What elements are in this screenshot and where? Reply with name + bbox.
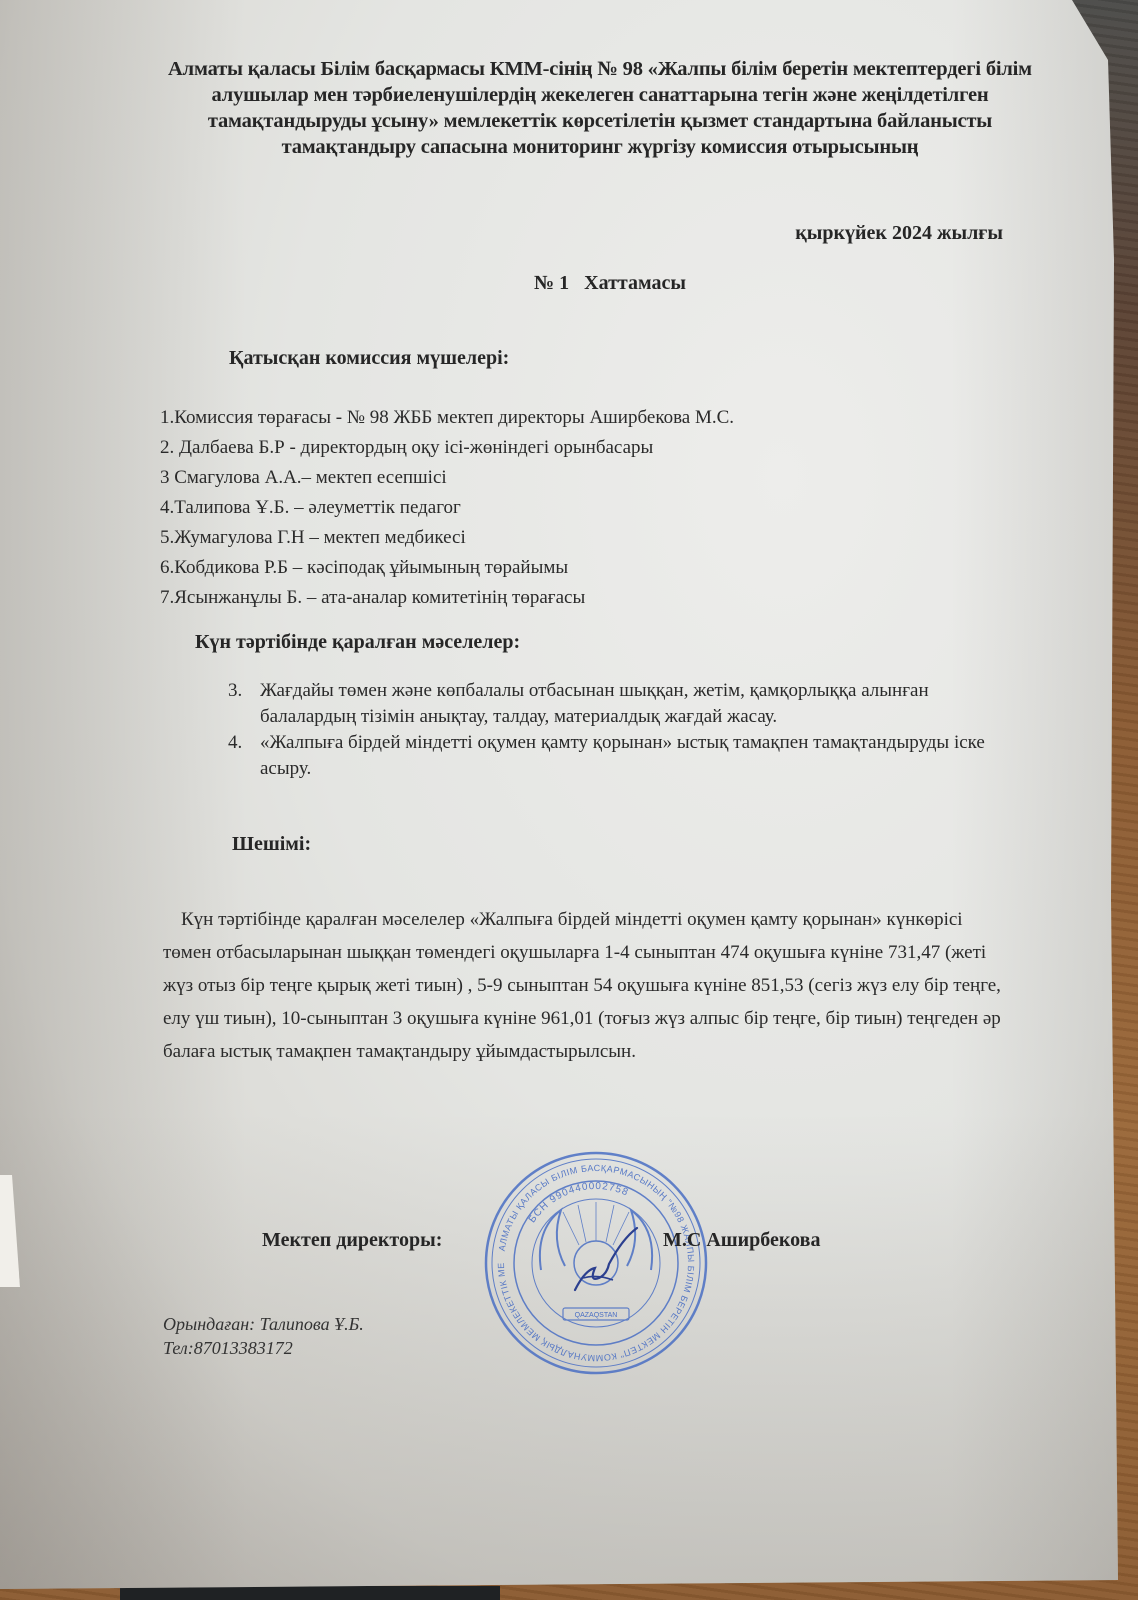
member-item: 3 Смагулова А.А.– мектеп есепшісі	[160, 463, 960, 493]
dark-object-edge	[120, 1586, 500, 1600]
signature-scribble	[575, 1228, 637, 1290]
agenda-item-number: 3.	[228, 678, 260, 730]
executor-block: Орындаған: Талипова Ұ.Б. Тел:87013383172	[163, 1312, 364, 1360]
protocol-number: № 1 Хаттамасы	[380, 272, 840, 295]
executor-name: Орындаған: Талипова Ұ.Б.	[163, 1312, 364, 1336]
svg-text:QAZAQSTAN: QAZAQSTAN	[575, 1312, 618, 1319]
agenda-item: 3. Жағдайы төмен және көпбалалы отбасына…	[228, 678, 988, 730]
member-item: 5.Жумагулова Г.Н – мектеп медбикесі	[160, 523, 960, 553]
member-item: 6.Кобдикова Р.Б – кәсіподақ ұйымының төр…	[160, 553, 960, 583]
members-heading: Қатысқан комиссия мүшелері:	[229, 347, 509, 370]
agenda-item: 4. «Жалпыға бірдей міндетті оқумен қамту…	[228, 730, 988, 782]
executor-phone: Тел:87013383172	[163, 1336, 364, 1360]
document-title: Алматы қаласы Білім басқармасы КММ-сінің…	[160, 56, 1040, 160]
agenda-heading: Күн тәртібінде қаралған мәселелер:	[195, 631, 520, 654]
signatory-name: М.С Аширбекова	[663, 1229, 820, 1252]
member-item: 4.Талипова Ұ.Б. – әлеуметтік педагог	[160, 493, 960, 523]
document-date: қыркүйек 2024 жылғы	[700, 222, 1003, 245]
member-item: 2. Далбаева Б.Р - директордың оқу ісі-жө…	[160, 433, 960, 463]
members-list: 1.Комиссия төрағасы - № 98 ЖББ мектеп ди…	[160, 403, 960, 613]
agenda-item-text: «Жалпыға бірдей міндетті оқумен қамту қо…	[260, 730, 988, 782]
agenda-list: 3. Жағдайы төмен және көпбалалы отбасына…	[228, 678, 988, 782]
agenda-item-number: 4.	[228, 730, 260, 782]
member-item: 1.Комиссия төрағасы - № 98 ЖББ мектеп ди…	[160, 403, 960, 433]
official-stamp-icon: АЛМАТЫ ҚАЛАСЫ БІЛІМ БАСҚАРМАСЫНЫҢ "№98 Ж…	[483, 1150, 709, 1376]
signature-label: Мектеп директоры:	[262, 1229, 442, 1252]
agenda-item-text: Жағдайы төмен және көпбалалы отбасынан ш…	[260, 678, 988, 730]
member-item: 7.Ясынжанұлы Б. – ата-аналар комитетінің…	[160, 583, 960, 613]
decision-heading: Шешімі:	[232, 833, 311, 856]
decision-text: Күн тәртібінде қаралған мәселелер «Жалпы…	[163, 903, 1013, 1068]
